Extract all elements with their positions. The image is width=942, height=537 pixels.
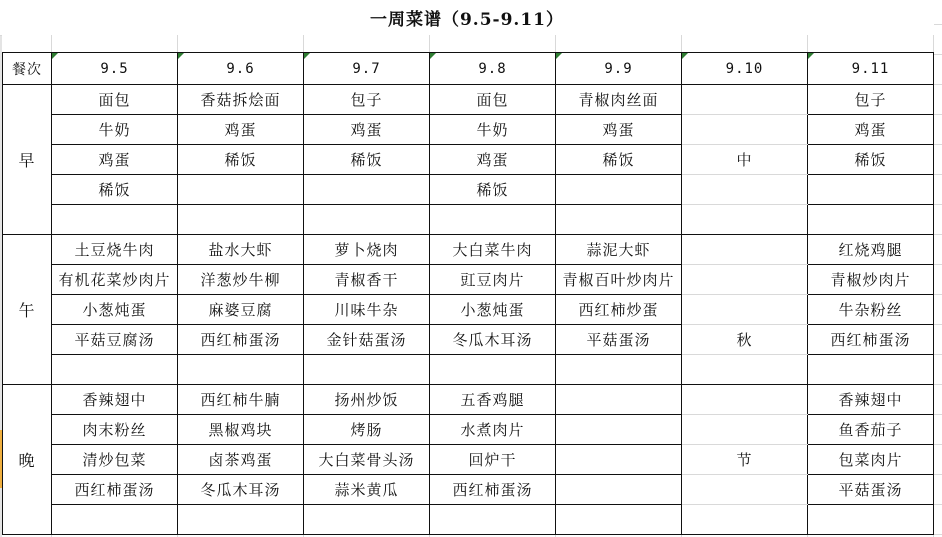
dish-cell[interactable]: 稀饭	[808, 145, 934, 175]
dish-cell[interactable]: 川味牛杂	[304, 295, 430, 325]
dish-cell[interactable]	[808, 175, 934, 205]
dish-cell[interactable]: 清炒包菜	[52, 445, 178, 475]
dish-cell[interactable]: 盐水大虾	[178, 235, 304, 265]
date-label: 9.10	[726, 61, 764, 77]
dish-cell[interactable]: 麻婆豆腐	[178, 295, 304, 325]
dish-cell[interactable]: 烤肠	[304, 415, 430, 445]
dish-cell[interactable]: 西红柿蛋汤	[178, 325, 304, 355]
dish-cell[interactable]: 西红柿蛋汤	[52, 475, 178, 505]
dish-cell[interactable]	[430, 355, 556, 385]
dish-cell[interactable]: 萝卜烧肉	[304, 235, 430, 265]
dish-cell[interactable]: 有机花菜炒肉片	[52, 265, 178, 295]
meal-row	[3, 205, 934, 235]
dish-cell[interactable]: 回炉干	[430, 445, 556, 475]
meal-row: 稀饭稀饭	[3, 175, 934, 205]
dish-cell[interactable]: 扬州炒饭	[304, 385, 430, 415]
dish-cell[interactable]: 西红柿牛腩	[178, 385, 304, 415]
dish-cell[interactable]: 鸡蛋	[808, 115, 934, 145]
dish-cell[interactable]	[178, 355, 304, 385]
dish-cell[interactable]: 洋葱炒牛柳	[178, 265, 304, 295]
meal-row: 牛奶鸡蛋鸡蛋牛奶鸡蛋鸡蛋	[3, 115, 934, 145]
festival-cell[interactable]	[682, 115, 808, 145]
dish-cell[interactable]: 牛奶	[430, 115, 556, 145]
meal-row: 晚香辣翅中西红柿牛腩扬州炒饭五香鸡腿香辣翅中	[3, 385, 934, 415]
meal-row: 早面包香菇拆烩面包子面包青椒肉丝面包子	[3, 85, 934, 115]
festival-cell[interactable]	[682, 235, 808, 265]
dish-cell[interactable]: 青椒炒肉片	[808, 265, 934, 295]
dish-cell[interactable]	[430, 505, 556, 535]
dish-cell[interactable]: 冬瓜木耳汤	[178, 475, 304, 505]
date-header-cell[interactable]: 9.11	[808, 53, 934, 85]
dish-cell[interactable]	[556, 385, 682, 415]
dish-cell[interactable]	[556, 415, 682, 445]
dish-cell[interactable]	[556, 175, 682, 205]
date-header-cell[interactable]: 9.5	[52, 53, 178, 85]
dish-cell[interactable]	[52, 205, 178, 235]
dish-cell[interactable]: 鸡蛋	[52, 145, 178, 175]
festival-cell[interactable]: 秋	[682, 325, 808, 355]
festival-cell[interactable]	[682, 85, 808, 115]
dish-cell[interactable]	[52, 505, 178, 535]
dish-cell[interactable]: 大白菜骨头汤	[304, 445, 430, 475]
dish-cell[interactable]	[178, 205, 304, 235]
dish-cell[interactable]	[556, 445, 682, 475]
festival-cell[interactable]	[682, 385, 808, 415]
dish-cell[interactable]: 香菇拆烩面	[178, 85, 304, 115]
dish-cell[interactable]: 土豆烧牛肉	[52, 235, 178, 265]
festival-cell[interactable]	[682, 475, 808, 505]
dish-cell[interactable]: 小葱炖蛋	[430, 295, 556, 325]
dish-cell[interactable]: 鸡蛋	[178, 115, 304, 145]
dish-cell[interactable]: 西红柿蛋汤	[808, 325, 934, 355]
dish-cell[interactable]: 蒜泥大虾	[556, 235, 682, 265]
dish-cell[interactable]: 牛奶	[52, 115, 178, 145]
date-header-cell[interactable]: 9.7	[304, 53, 430, 85]
comment-marker-icon	[304, 53, 310, 59]
dish-cell[interactable]	[808, 205, 934, 235]
dish-cell[interactable]: 香辣翅中	[808, 385, 934, 415]
comment-marker-icon	[682, 53, 688, 59]
dish-cell[interactable]	[304, 205, 430, 235]
dish-cell[interactable]: 平菇豆腐汤	[52, 325, 178, 355]
dish-cell[interactable]	[178, 505, 304, 535]
dish-cell[interactable]: 牛杂粉丝	[808, 295, 934, 325]
meal-label-cell[interactable]: 午	[3, 235, 52, 385]
dish-cell[interactable]: 青椒香干	[304, 265, 430, 295]
meal-row: 鸡蛋稀饭稀饭鸡蛋稀饭中稀饭	[3, 145, 934, 175]
date-label: 9.8	[478, 61, 506, 77]
festival-cell[interactable]	[682, 505, 808, 535]
dish-cell[interactable]: 鱼香茄子	[808, 415, 934, 445]
festival-cell[interactable]	[682, 415, 808, 445]
dish-cell[interactable]: 金针菇蛋汤	[304, 325, 430, 355]
dish-cell[interactable]	[808, 505, 934, 535]
dish-cell[interactable]: 大白菜牛肉	[430, 235, 556, 265]
meal-row: 清炒包菜卤茶鸡蛋大白菜骨头汤回炉干节包菜肉片	[3, 445, 934, 475]
dish-cell[interactable]: 五香鸡腿	[430, 385, 556, 415]
dish-cell[interactable]: 稀饭	[430, 175, 556, 205]
dish-cell[interactable]: 冬瓜木耳汤	[430, 325, 556, 355]
meal-row: 午土豆烧牛肉盐水大虾萝卜烧肉大白菜牛肉蒜泥大虾红烧鸡腿	[3, 235, 934, 265]
meal-row	[3, 355, 934, 385]
date-header-cell[interactable]: 9.8	[430, 53, 556, 85]
comment-marker-icon	[178, 53, 184, 59]
meal-row: 平菇豆腐汤西红柿蛋汤金针菇蛋汤冬瓜木耳汤平菇蛋汤秋西红柿蛋汤	[3, 325, 934, 355]
dish-cell[interactable]: 平菇蛋汤	[808, 475, 934, 505]
dish-cell[interactable]: 鸡蛋	[304, 115, 430, 145]
dish-cell[interactable]	[178, 175, 304, 205]
date-label: 9.7	[352, 61, 380, 77]
comment-marker-icon	[430, 53, 436, 59]
dish-cell[interactable]: 稀饭	[178, 145, 304, 175]
menu-table: 餐次 9.5 9.6 9.7 9.8 9.9 9.10 9.11 早面包香菇拆烩…	[2, 52, 934, 535]
dish-cell[interactable]	[52, 355, 178, 385]
dish-cell[interactable]: 红烧鸡腿	[808, 235, 934, 265]
dish-cell[interactable]	[430, 205, 556, 235]
festival-cell[interactable]: 节	[682, 445, 808, 475]
dish-cell[interactable]: 蒜米黄瓜	[304, 475, 430, 505]
date-header-cell[interactable]: 9.6	[178, 53, 304, 85]
meal-label-cell[interactable]: 早	[3, 85, 52, 235]
dish-cell[interactable]: 鸡蛋	[556, 115, 682, 145]
dish-cell[interactable]	[304, 175, 430, 205]
date-label: 9.11	[852, 61, 890, 77]
dish-cell[interactable]: 包子	[808, 85, 934, 115]
dish-cell[interactable]: 水煮肉片	[430, 415, 556, 445]
dish-cell[interactable]: 面包	[430, 85, 556, 115]
comment-marker-icon	[556, 53, 562, 59]
blank-row[interactable]	[2, 35, 934, 52]
meal-row: 小葱炖蛋麻婆豆腐川味牛杂小葱炖蛋西红柿炒蛋牛杂粉丝	[3, 295, 934, 325]
dish-cell[interactable]: 肉末粉丝	[52, 415, 178, 445]
dish-cell[interactable]: 香辣翅中	[52, 385, 178, 415]
dish-cell[interactable]	[556, 205, 682, 235]
dish-cell[interactable]: 西红柿炒蛋	[556, 295, 682, 325]
meal-row: 有机花菜炒肉片洋葱炒牛柳青椒香干豇豆肉片青椒百叶炒肉片青椒炒肉片	[3, 265, 934, 295]
dish-cell[interactable]: 青椒肉丝面	[556, 85, 682, 115]
dish-cell[interactable]: 黑椒鸡块	[178, 415, 304, 445]
dish-cell[interactable]	[808, 355, 934, 385]
comment-marker-icon	[808, 53, 814, 59]
dish-cell[interactable]: 面包	[52, 85, 178, 115]
date-label: 9.6	[226, 61, 254, 77]
header-row: 餐次 9.5 9.6 9.7 9.8 9.9 9.10 9.11	[3, 53, 934, 85]
dish-cell[interactable]: 平菇蛋汤	[556, 325, 682, 355]
dish-cell[interactable]: 青椒百叶炒肉片	[556, 265, 682, 295]
dish-cell[interactable]	[304, 505, 430, 535]
festival-cell[interactable]: 中	[682, 145, 808, 175]
dish-cell[interactable]: 稀饭	[52, 175, 178, 205]
date-label: 9.9	[604, 61, 632, 77]
date-header-cell[interactable]: 9.10	[682, 53, 808, 85]
meal-label-cell[interactable]: 晚	[3, 385, 52, 535]
festival-cell[interactable]	[682, 295, 808, 325]
meal-row	[3, 505, 934, 535]
dish-cell[interactable]	[556, 355, 682, 385]
dish-cell[interactable]: 卤茶鸡蛋	[178, 445, 304, 475]
festival-cell[interactable]	[682, 205, 808, 235]
festival-cell[interactable]	[682, 355, 808, 385]
dish-cell[interactable]: 稀饭	[304, 145, 430, 175]
dish-cell[interactable]	[556, 505, 682, 535]
comment-marker-icon	[52, 53, 58, 59]
date-header-cell[interactable]: 9.9	[556, 53, 682, 85]
sheet-title[interactable]: 一周菜谱（9.5-9.11）	[0, 0, 934, 36]
meal-header-cell[interactable]: 餐次	[3, 53, 52, 85]
date-label: 9.5	[100, 61, 128, 77]
festival-cell[interactable]	[682, 175, 808, 205]
meal-row: 西红柿蛋汤冬瓜木耳汤蒜米黄瓜西红柿蛋汤平菇蛋汤	[3, 475, 934, 505]
dish-cell[interactable]: 包子	[304, 85, 430, 115]
dish-cell[interactable]: 豇豆肉片	[430, 265, 556, 295]
meal-row: 肉末粉丝黑椒鸡块烤肠水煮肉片鱼香茄子	[3, 415, 934, 445]
dish-cell[interactable]: 西红柿蛋汤	[430, 475, 556, 505]
dish-cell[interactable]	[556, 475, 682, 505]
festival-cell[interactable]	[682, 265, 808, 295]
dish-cell[interactable]: 小葱炖蛋	[52, 295, 178, 325]
dish-cell[interactable]: 鸡蛋	[430, 145, 556, 175]
dish-cell[interactable]: 稀饭	[556, 145, 682, 175]
dish-cell[interactable]: 包菜肉片	[808, 445, 934, 475]
dish-cell[interactable]	[304, 355, 430, 385]
